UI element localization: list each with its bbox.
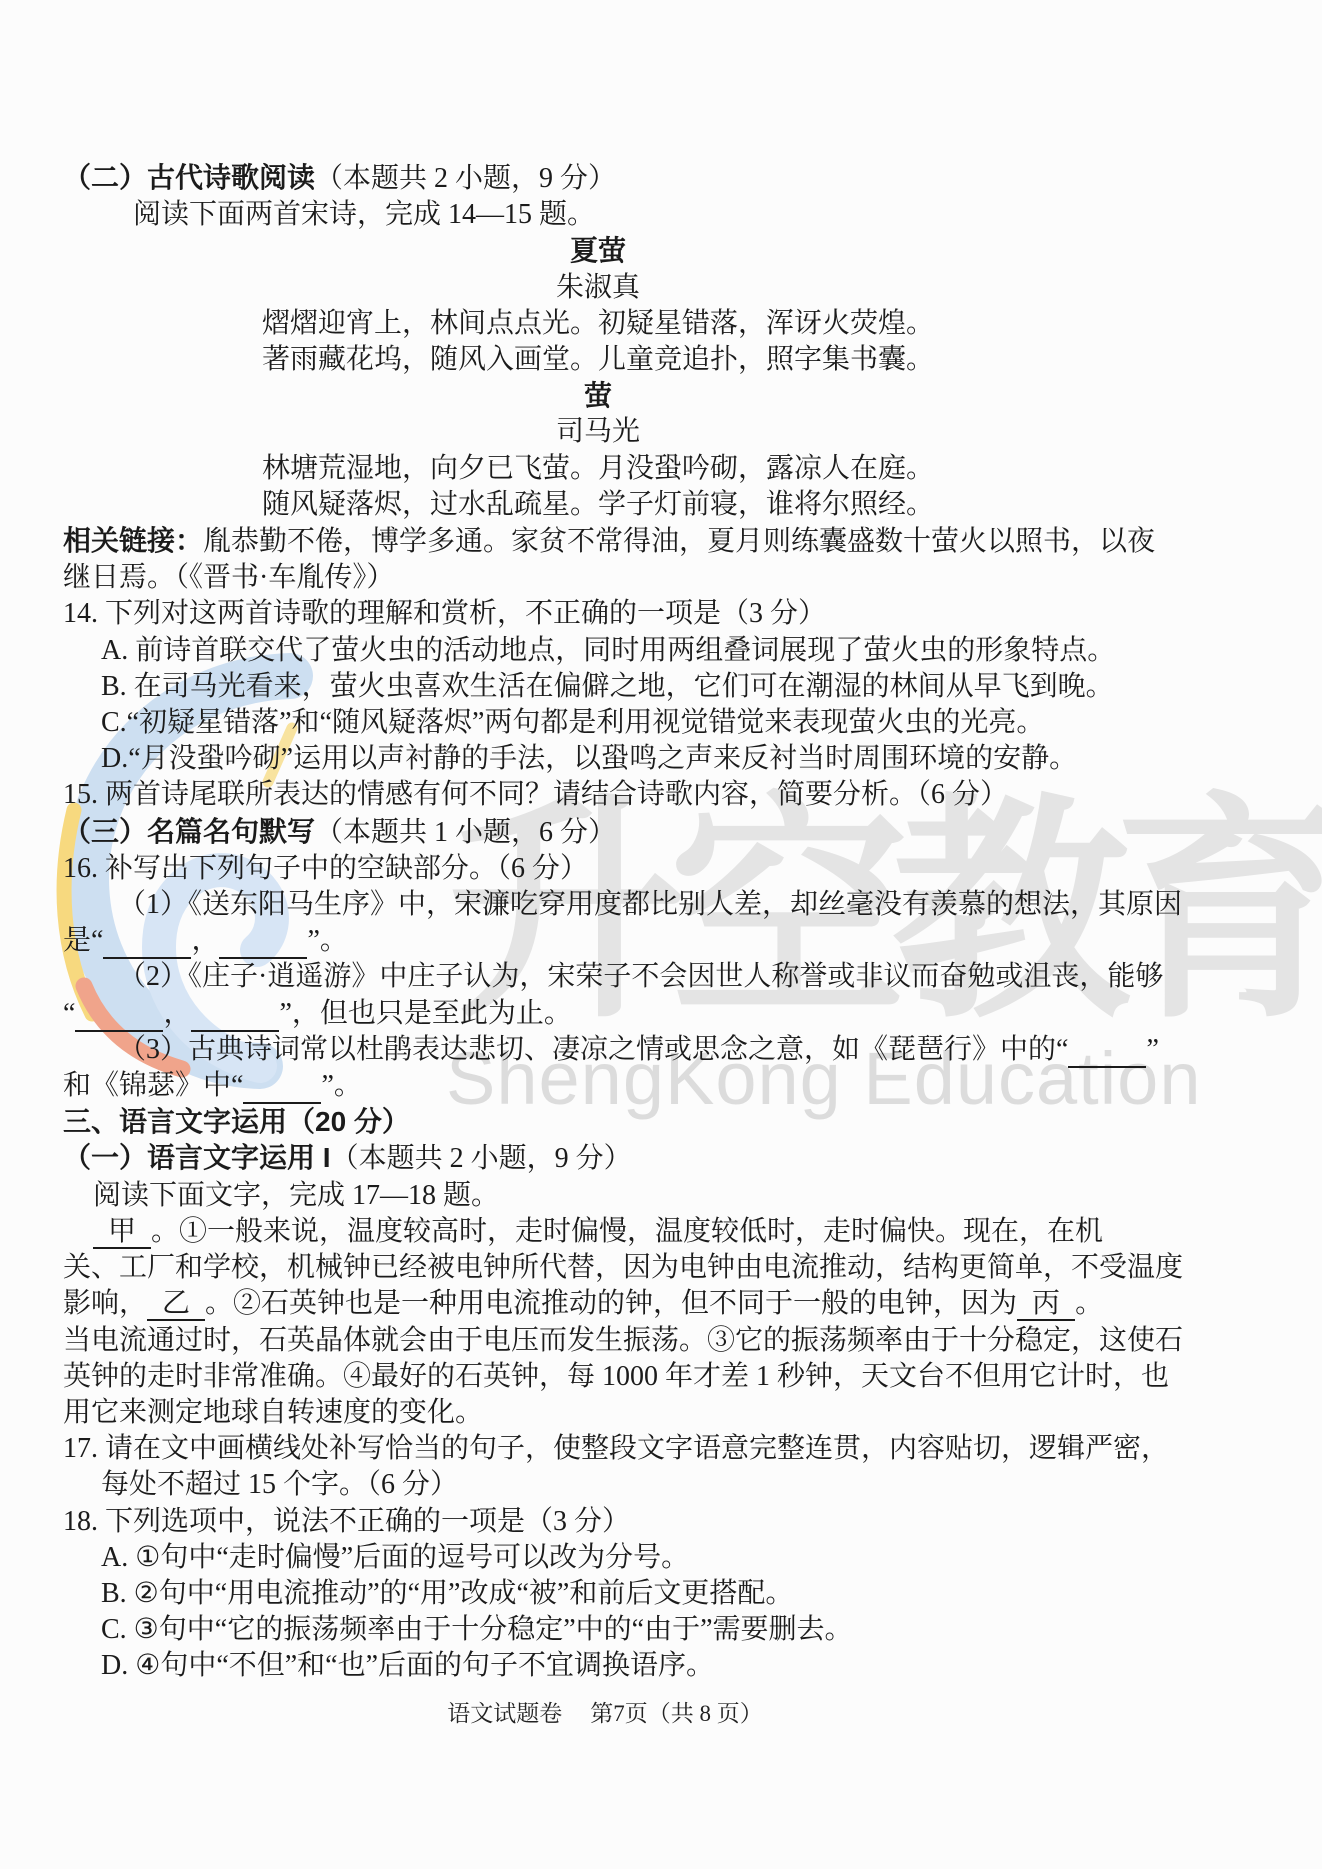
exam-content: （二）古代诗歌阅读（本题共 2 小题，9 分） 阅读下面两首宋诗，完成 14—1… xyxy=(63,160,1259,1685)
question-17-line2: 每处不超过 15 个字。（6 分） xyxy=(63,1467,1259,1503)
related-link-label: 相关链接： xyxy=(63,525,203,556)
sub-heading-language1: （一）语言文字运用 I（本题共 2 小题，9 分） xyxy=(63,1140,1259,1177)
q16-item3-line2-post: ”。 xyxy=(321,1070,361,1101)
section-heading-dictation-bold: （三）名篇名句默写 xyxy=(63,816,315,847)
question-18-option-d: D. ④句中“不但”和“也”后面的句子不宜调换语序。 xyxy=(63,1648,1259,1684)
question-14-stem: 14. 下列对这两首诗歌的理解和赏析，不正确的一项是（3 分） xyxy=(63,596,1259,632)
footer-page-number: 第7页（共 8 页） xyxy=(590,1701,763,1726)
section-heading-dictation-rest: （本题共 1 小题，6 分） xyxy=(315,817,616,848)
question-14-option-c: C.“初疑星错落”和“随风疑落烬”两句都是利用视觉错觉来表现萤火虫的光亮。 xyxy=(63,705,1259,741)
question-14-option-d: D.“月没蛩吟砌”运用以声衬静的手法，以蛩鸣之声来反衬当时周围环境的安静。 xyxy=(63,741,1259,777)
answer-blank xyxy=(1068,1040,1146,1068)
q16-item2-line2: “，”，但也只是至此为止。 xyxy=(63,996,1259,1032)
poem1-line1: 熠熠迎宵上，林间点点光。初疑星错落，浑讶火荧煌。 xyxy=(63,306,1133,342)
passage-line3: 影响，乙。②石英钟也是一种用电流推动的钟，但不同于一般的电钟，因为丙。 xyxy=(63,1286,1259,1322)
passage-line2: 关、工厂和学校，机械钟已经被电钟所代替，因为电钟由电流推动，结构更简单，不受温度 xyxy=(63,1250,1259,1286)
related-link-text1: 胤恭勤不倦，博学多通。家贫不常得油，夏月则练囊盛数十萤火以照书，以夜 xyxy=(203,526,1155,557)
question-18-option-c: C. ③句中“它的振荡频率由于十分稳定”中的“由于”需要删去。 xyxy=(63,1612,1259,1648)
related-link-line1: 相关链接：胤恭勤不倦，博学多通。家贫不常得油，夏月则练囊盛数十萤火以照书，以夜 xyxy=(63,523,1259,560)
q16-item1-comma: ， xyxy=(191,925,219,956)
passage-line4: 当电流通过时，石英晶体就会由于电压而发生振荡。③它的振荡频率由于十分稳定，这使石 xyxy=(63,1323,1259,1359)
q16-item2-post: ”，但也只是至此为止。 xyxy=(279,998,571,1029)
poem2-line1: 林塘荒湿地，向夕已飞萤。月没蛩吟砌，露凉人在庭。 xyxy=(63,451,1133,487)
question-15: 15. 两首诗尾联所表达的情感有何不同？请结合诗歌内容，简要分析。（6 分） xyxy=(63,777,1259,813)
passage-line3-mid: 。②石英钟也是一种用电流推动的钟，但不同于一般的电钟，因为 xyxy=(205,1288,1017,1319)
section-heading-dictation: （三）名篇名句默写（本题共 1 小题，6 分） xyxy=(63,814,1259,851)
poetry-intro: 阅读下面两首宋诗，完成 14—15 题。 xyxy=(63,197,1259,233)
poem1-title: 夏萤 xyxy=(63,233,1133,269)
poem-block: 夏萤 朱淑真 熠熠迎宵上，林间点点光。初疑星错落，浑讶火荧煌。 著雨藏花坞，随风… xyxy=(63,233,1133,523)
question-17-line1: 17. 请在文中画横线处补写恰当的句子，使整段文字语意完整连贯，内容贴切，逻辑严… xyxy=(63,1431,1259,1467)
q16-item1-line2: 是“，”。 xyxy=(63,923,1259,959)
poem1-author: 朱淑真 xyxy=(63,270,1133,306)
q16-item3-line2-pre: 和《锦瑟》中“ xyxy=(63,1070,243,1101)
passage-line5: 英钟的走时非常准确。④最好的石英钟，每 1000 年才差 1 秒钟，天文台不但用… xyxy=(63,1359,1259,1395)
language-intro: 阅读下面文字，完成 17—18 题。 xyxy=(63,1178,1259,1214)
answer-blank xyxy=(103,931,191,959)
answer-blank xyxy=(219,931,307,959)
q16-item3-line1: （3）古典诗词常以杜鹃表达悲切、凄凉之情或思念之意，如《琵琶行》中的“” xyxy=(63,1032,1259,1068)
section-heading-poetry: （二）古代诗歌阅读（本题共 2 小题，9 分） xyxy=(63,160,1259,197)
section-heading-poetry-rest: （本题共 2 小题，9 分） xyxy=(315,163,616,194)
answer-blank xyxy=(191,1004,279,1032)
q16-item2-line1: （2）《庄子·逍遥游》中庄子认为，宋荣子不会因世人称誉或非议而奋勉或沮丧，能够 xyxy=(63,959,1259,995)
blank-jia: 甲 xyxy=(93,1217,151,1249)
question-14-option-b: B. 在司马光看来，萤火虫喜欢生活在偏僻之地，它们可在潮湿的林间从早飞到晚。 xyxy=(63,669,1259,705)
poem2-line2: 随风疑落烬，过水乱疏星。学子灯前寝，谁将尔照经。 xyxy=(63,487,1133,523)
sub-heading-language1-rest: （本题共 2 小题，9 分） xyxy=(331,1143,632,1174)
answer-blank xyxy=(75,1004,163,1032)
q16-item3-line2: 和《锦瑟》中“”。 xyxy=(63,1068,1259,1104)
related-link-line2: 继日焉。（《晋书·车胤传》） xyxy=(63,560,1259,596)
blank-bing: 丙 xyxy=(1017,1289,1075,1321)
passage-line6: 用它来测定地球自转速度的变化。 xyxy=(63,1395,1259,1431)
footer-doc-label: 语文试题卷 xyxy=(447,1701,562,1726)
question-16-stem: 16. 补写出下列句子中的空缺部分。（6 分） xyxy=(63,851,1259,887)
answer-blank xyxy=(243,1076,321,1104)
q16-item3-text: （3）古典诗词常以杜鹃表达悲切、凄凉之情或思念之意，如《琵琶行》中的“ xyxy=(118,1034,1068,1065)
poem2-title: 萤 xyxy=(63,378,1133,414)
q16-item3-close: ” xyxy=(1146,1034,1158,1065)
section-heading-poetry-bold: （二）古代诗歌阅读 xyxy=(63,162,315,193)
poem2-author: 司马光 xyxy=(63,414,1133,450)
q16-item2-pre: “ xyxy=(63,998,75,1029)
poem1-line2: 著雨藏花坞，随风入画堂。儿童竞追扑，照字集书囊。 xyxy=(63,342,1133,378)
q16-item1-post: ”。 xyxy=(307,925,347,956)
passage-line3-post: 。 xyxy=(1075,1288,1103,1319)
passage-line1-text: 。①一般来说，温度较高时，走时偏慢，温度较低时，走时偏快。现在，在机 xyxy=(151,1216,1103,1247)
question-18-option-a: A. ①句中“走时偏慢”后面的逗号可以改为分号。 xyxy=(63,1540,1259,1576)
passage-line1: 甲。①一般来说，温度较高时，走时偏慢，温度较低时，走时偏快。现在，在机 xyxy=(63,1214,1259,1250)
question-14-option-a: A. 前诗首联交代了萤火虫的活动地点，同时用两组叠词展现了萤火虫的形象特点。 xyxy=(63,633,1259,669)
q16-item1-line1: （1）《送东阳马生序》中，宋濂吃穿用度都比别人差，却丝毫没有羡慕的想法，其原因 xyxy=(63,887,1259,923)
page-footer: 语文试题卷第7页（共 8 页） xyxy=(0,1695,1210,1728)
q16-item1-pre: 是“ xyxy=(63,925,103,956)
passage-line3-pre: 影响， xyxy=(63,1288,147,1319)
part-heading-language: 三、语言文字运用（20 分） xyxy=(63,1104,1259,1140)
q16-item2-comma: ， xyxy=(163,998,191,1029)
question-18-option-b: B. ②句中“用电流推动”的“用”改成“被”和前后文更搭配。 xyxy=(63,1576,1259,1612)
sub-heading-language1-bold: （一）语言文字运用 I xyxy=(63,1142,331,1173)
blank-yi: 乙 xyxy=(147,1289,205,1321)
question-18-stem: 18. 下列选项中，说法不正确的一项是（3 分） xyxy=(63,1504,1259,1540)
exam-paper-page: 升空教育 ShengKong Education （二）古代诗歌阅读（本题共 2… xyxy=(0,0,1322,1869)
